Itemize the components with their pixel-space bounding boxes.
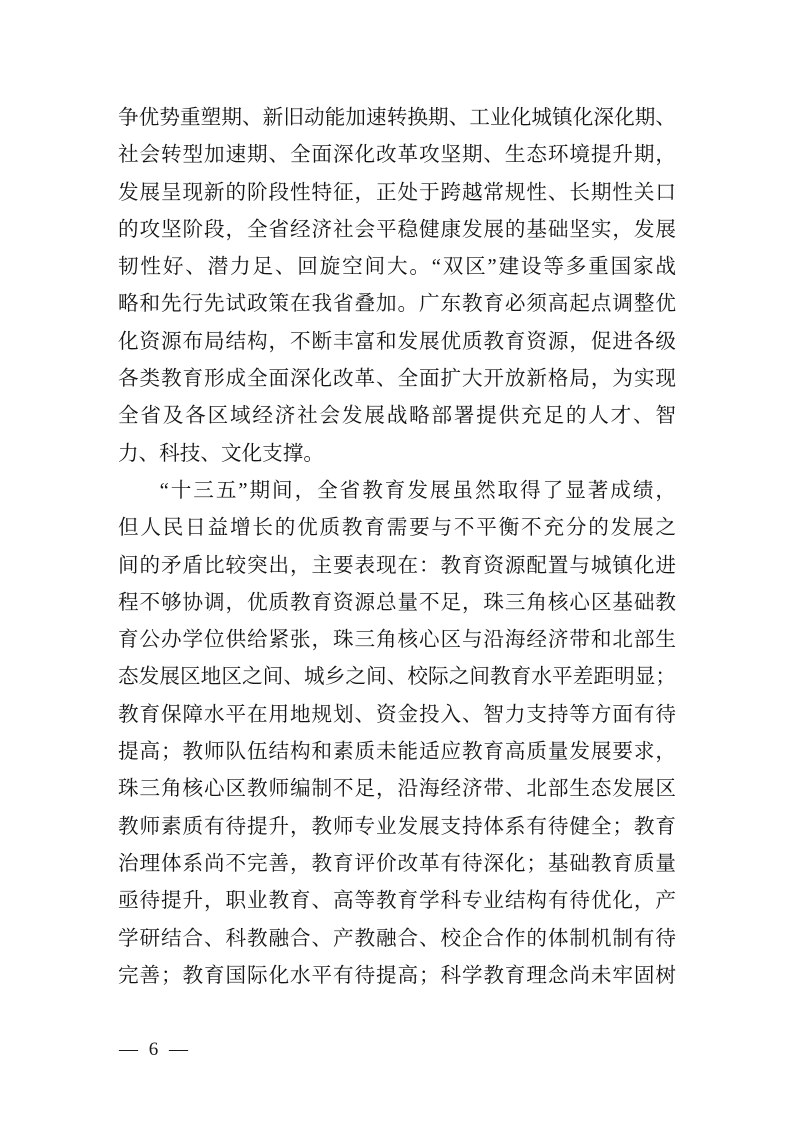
text-line: 完善；教育国际化水平有待提高；科学教育理念尚未牢固树	[118, 958, 676, 995]
text-line: 略和先行先试政策在我省叠加。广东教育必须高起点调整优	[118, 286, 676, 323]
paragraph-shisanwu: “十三五”期间，全省教育发展虽然取得了显著成绩，但人民日益增长的优质教育需要与不…	[118, 473, 676, 995]
text-line: 学研结合、科教融合、产教融合、校企合作的体制机制有待	[118, 921, 676, 958]
text-line: 亟待提升，职业教育、高等教育学科专业结构有待优化，产	[118, 883, 676, 920]
text-line: 程不够协调，优质教育资源总量不足，珠三角核心区基础教	[118, 585, 676, 622]
text-line: 争优势重塑期、新旧动能加速转换期、工业化城镇化深化期、	[118, 100, 676, 137]
page-number: — 6 —	[119, 1036, 191, 1064]
text-line: 态发展区地区之间、城乡之间、校际之间教育水平差距明显；	[118, 659, 676, 696]
text-line: 化资源布局结构，不断丰富和发展优质教育资源，促进各级	[118, 324, 676, 361]
text-line: 教育保障水平在用地规划、资金投入、智力支持等方面有待	[118, 697, 676, 734]
text-line: 各类教育形成全面深化改革、全面扩大开放新格局，为实现	[118, 361, 676, 398]
text-line: 的攻坚阶段，全省经济社会平稳健康发展的基础坚实，发展	[118, 212, 676, 249]
text-line: 全省及各区域经济社会发展战略部署提供充足的人才、智	[118, 398, 676, 435]
text-line: 韧性好、潜力足、回旋空间大。“双区”建设等多重国家战	[118, 249, 676, 286]
text-line: 治理体系尚不完善，教育评价改革有待深化；基础教育质量	[118, 846, 676, 883]
text-line: 力、科技、文化支撑。	[118, 436, 676, 473]
text-line: 间的矛盾比较突出，主要表现在：教育资源配置与城镇化进	[118, 548, 676, 585]
text-line: “十三五”期间，全省教育发展虽然取得了显著成绩，	[118, 473, 676, 510]
text-line: 社会转型加速期、全面深化改革攻坚期、生态环境提升期，	[118, 137, 676, 174]
text-line: 育公办学位供给紧张，珠三角核心区与沿海经济带和北部生	[118, 622, 676, 659]
text-line: 发展呈现新的阶段性特征，正处于跨越常规性、长期性关口	[118, 175, 676, 212]
document-page: 争优势重塑期、新旧动能加速转换期、工业化城镇化深化期、社会转型加速期、全面深化改…	[0, 0, 793, 1122]
text-line: 教师素质有待提升，教师专业发展支持体系有待健全；教育	[118, 809, 676, 846]
paragraph-continued: 争优势重塑期、新旧动能加速转换期、工业化城镇化深化期、社会转型加速期、全面深化改…	[118, 100, 676, 473]
text-line: 珠三角核心区教师编制不足，沿海经济带、北部生态发展区	[118, 771, 676, 808]
text-line: 但人民日益增长的优质教育需要与不平衡不充分的发展之	[118, 510, 676, 547]
body-text: 争优势重塑期、新旧动能加速转换期、工业化城镇化深化期、社会转型加速期、全面深化改…	[118, 100, 676, 995]
text-line: 提高；教师队伍结构和素质未能适应教育高质量发展要求，	[118, 734, 676, 771]
